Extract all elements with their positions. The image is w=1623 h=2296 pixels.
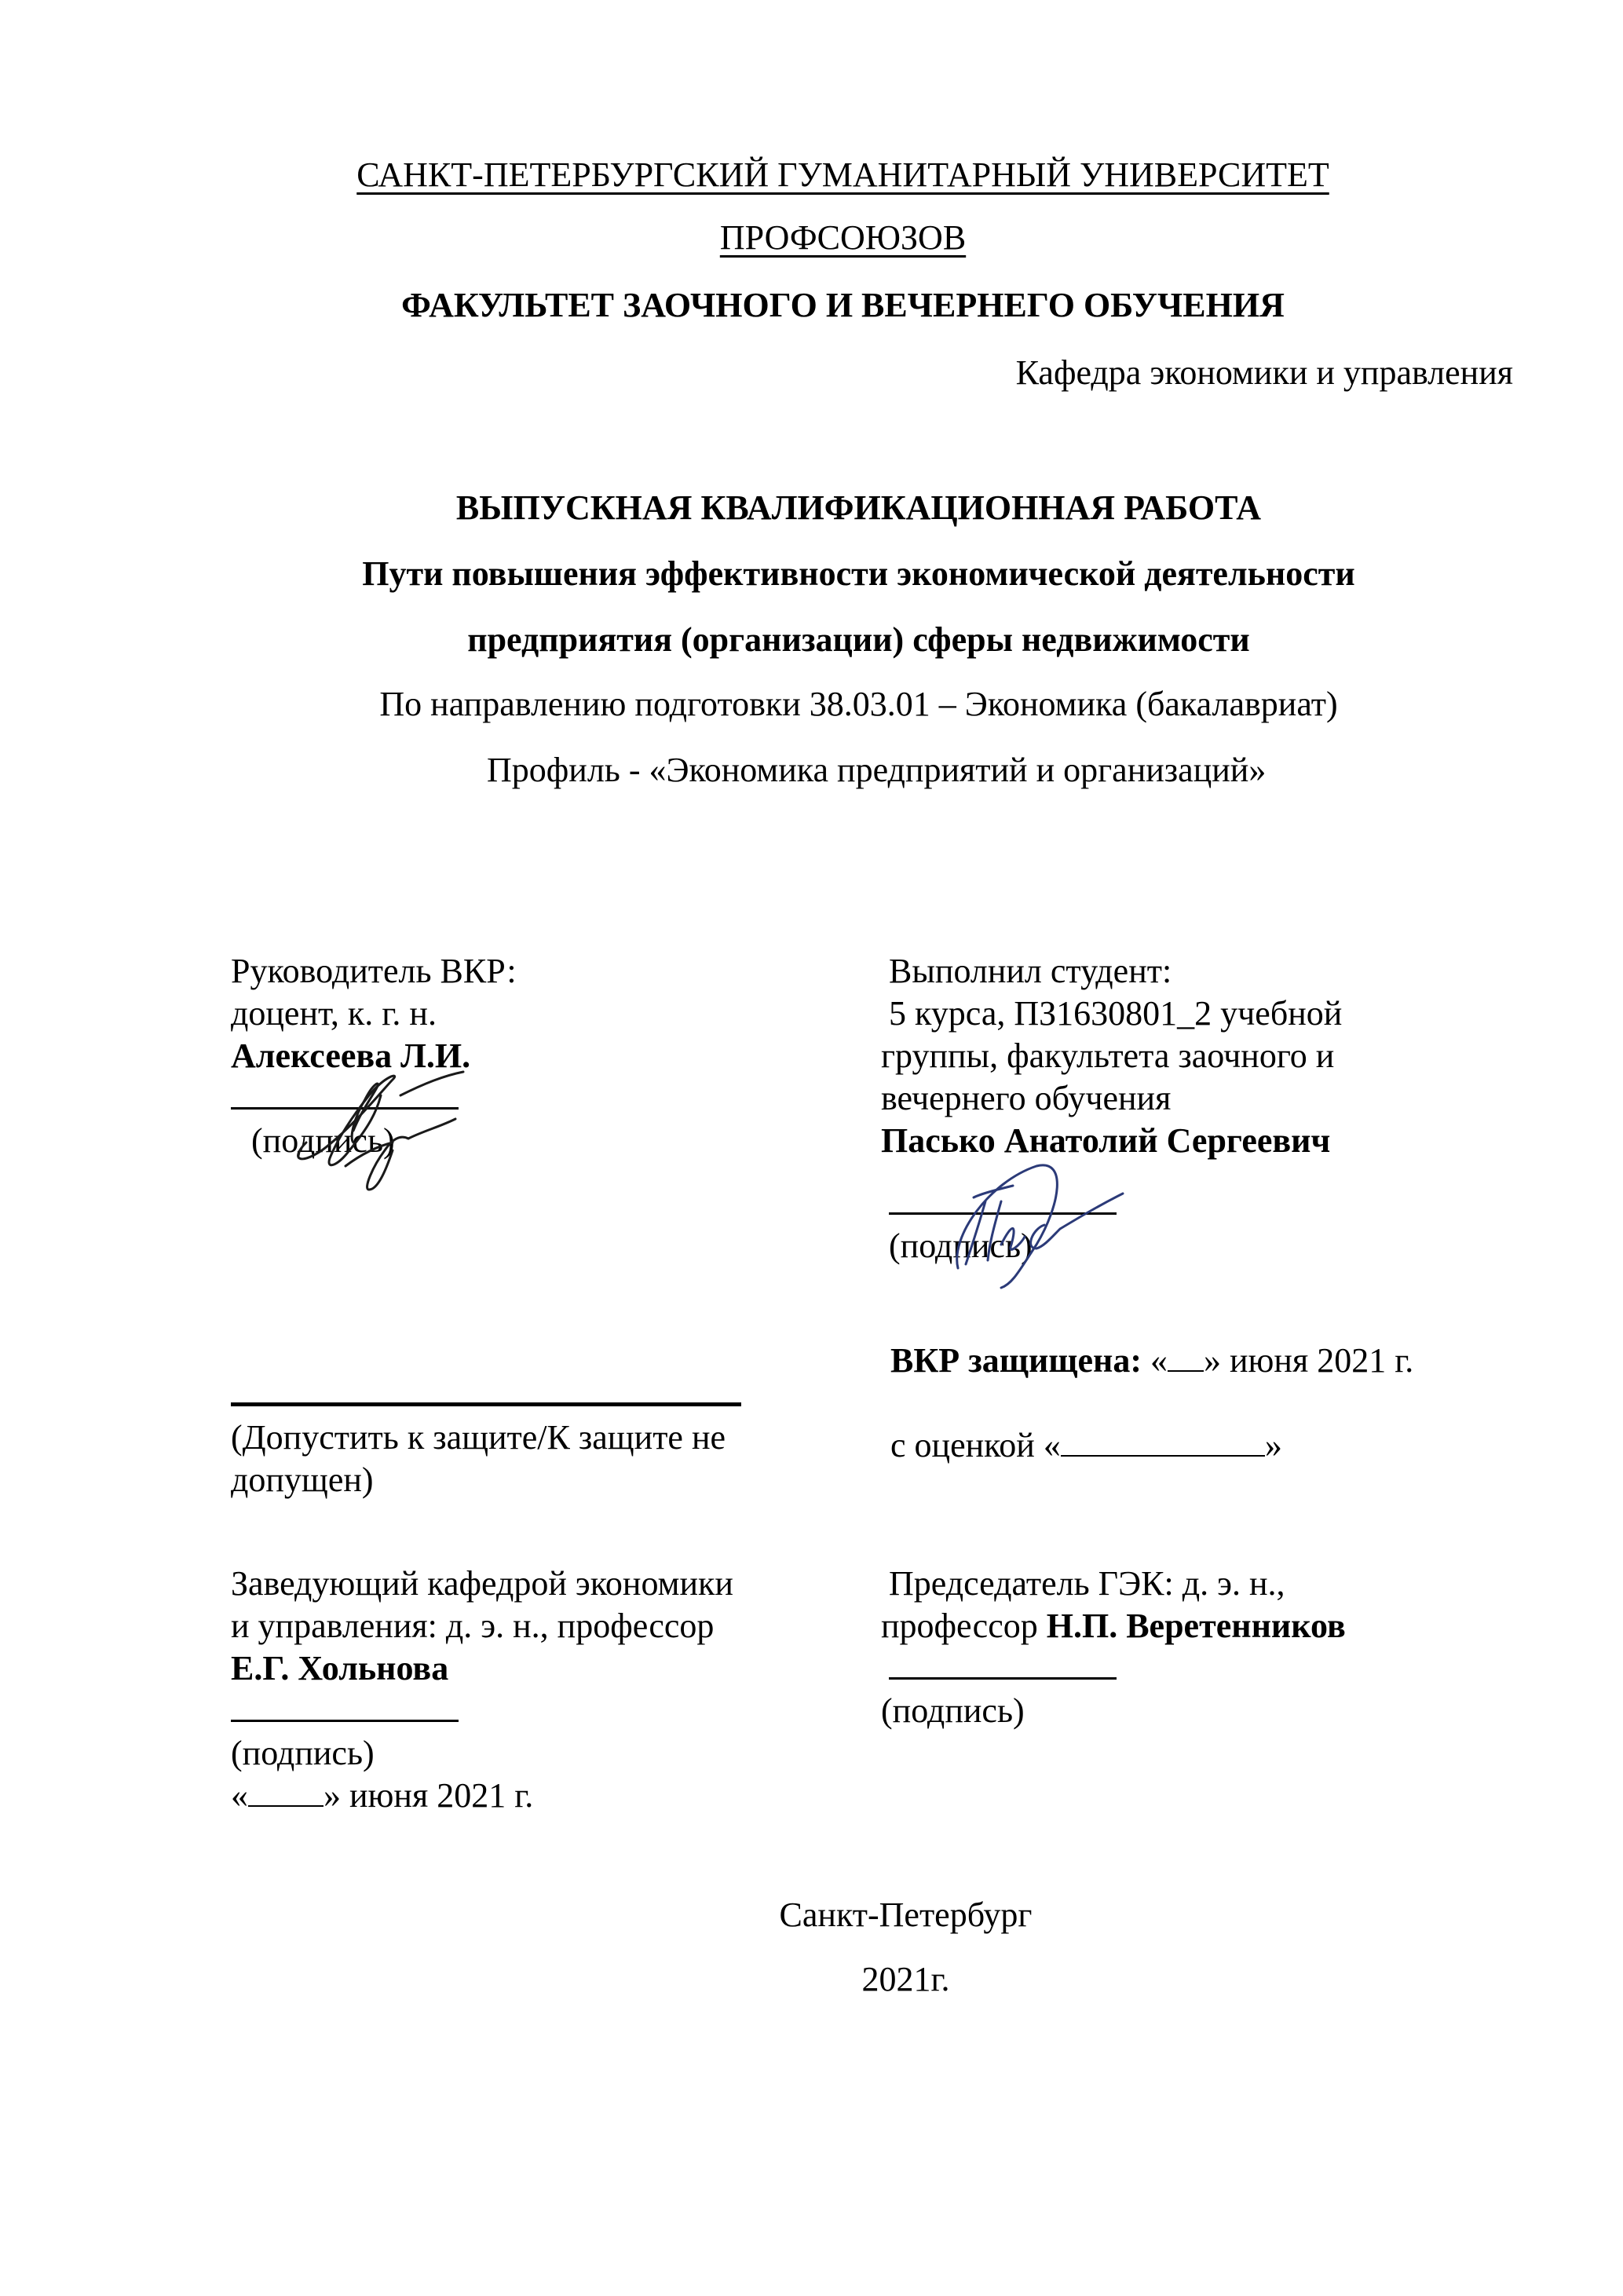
admission-line bbox=[231, 1374, 741, 1417]
commission-chair-block: Председатель ГЭК: д. э. н., профессор Н.… bbox=[881, 1563, 1346, 1732]
chair-title-line1: Председатель ГЭК: д. э. н., bbox=[881, 1563, 1346, 1605]
footer-year: 2021г. bbox=[0, 1958, 1623, 2001]
supervisor-label: Руководитель ВКР: bbox=[231, 950, 517, 993]
defense-date-open: « bbox=[1150, 1341, 1168, 1380]
head-name: Е.Г. Хольнова bbox=[231, 1647, 733, 1690]
university-name-line2: ПРОФСОЮЗОВ bbox=[0, 217, 1623, 259]
defense-date-close: » июня 2021 г. bbox=[1204, 1341, 1413, 1380]
supervisor-degree: доцент, к. г. н. bbox=[231, 993, 517, 1035]
head-title-line1: Заведующий кафедрой экономики bbox=[231, 1563, 733, 1605]
head-day-blank bbox=[248, 1805, 324, 1807]
admission-caption-line1: (Допустить к защите/К защите не bbox=[231, 1417, 741, 1459]
defense-grade: с оценкой «» bbox=[890, 1424, 1413, 1467]
university-name-line2-text: ПРОФСОЮЗОВ bbox=[720, 218, 966, 257]
work-type-heading: ВЫПУСКНАЯ КВАЛИФИКАЦИОННАЯ РАБОТА bbox=[0, 487, 1623, 529]
defense-grade-label: с оценкой « bbox=[890, 1426, 1061, 1464]
student-name: Пасько Анатолий Сергеевич bbox=[881, 1120, 1342, 1162]
head-date-close: » июня 2021 г. bbox=[324, 1776, 533, 1815]
student-signature-icon bbox=[927, 1158, 1131, 1292]
admission-caption-line2: допущен) bbox=[231, 1459, 741, 1501]
department-name: Кафедра экономики и управления bbox=[1016, 352, 1513, 394]
topic-line1: Пути повышения эффективности экономическ… bbox=[0, 553, 1623, 595]
head-date-open: « bbox=[231, 1776, 248, 1815]
footer-city: Санкт-Петербург bbox=[0, 1894, 1623, 1936]
supervisor-signature-icon bbox=[275, 1064, 479, 1197]
study-direction: По направлению подготовки 38.03.01 – Эко… bbox=[0, 683, 1623, 726]
chair-title-line2: профессор Н.П. Веретенников bbox=[881, 1605, 1346, 1647]
defense-grade-close: » bbox=[1265, 1426, 1282, 1464]
student-group-faculty: группы, факультета заочного и bbox=[881, 1035, 1342, 1077]
head-date: «» июня 2021 г. bbox=[231, 1775, 733, 1817]
student-label: Выполнил студент: bbox=[881, 950, 1342, 993]
head-of-department-block: Заведующий кафедрой экономики и управлен… bbox=[231, 1563, 733, 1817]
study-profile: Профиль - «Экономика предприятий и орган… bbox=[487, 749, 1266, 792]
defense-block: ВКР защищена: «» июня 2021 г. с оценкой … bbox=[890, 1340, 1413, 1467]
chair-name: Н.П. Веретенников bbox=[1047, 1607, 1346, 1645]
university-name-line1: САНКТ-ПЕТЕРБУРГСКИЙ ГУМАНИТАРНЫЙ УНИВЕРС… bbox=[0, 154, 1623, 196]
defense-grade-blank bbox=[1061, 1455, 1265, 1457]
chair-signature-caption: (подпись) bbox=[881, 1690, 1346, 1732]
student-course-group: 5 курса, ПЗ1630801_2 учебной bbox=[881, 993, 1342, 1035]
head-title-line2: и управления: д. э. н., профессор bbox=[231, 1605, 733, 1647]
university-name-line1-text: САНКТ-ПЕТЕРБУРГСКИЙ ГУМАНИТАРНЫЙ УНИВЕРС… bbox=[356, 155, 1329, 194]
student-education-form: вечернего обучения bbox=[881, 1077, 1342, 1120]
head-signature-caption: (подпись) bbox=[231, 1732, 733, 1775]
head-signature-line bbox=[231, 1690, 733, 1732]
admission-block: (Допустить к защите/К защите не допущен) bbox=[231, 1374, 741, 1501]
defense-date: ВКР защищена: «» июня 2021 г. bbox=[890, 1340, 1413, 1382]
topic-line2: предприятия (организации) сферы недвижим… bbox=[0, 619, 1623, 661]
faculty-name: ФАКУЛЬТЕТ ЗАОЧНОГО И ВЕЧЕРНЕГО ОБУЧЕНИЯ bbox=[0, 284, 1623, 327]
defense-label: ВКР защищена: bbox=[890, 1341, 1142, 1380]
chair-signature-line bbox=[881, 1647, 1346, 1690]
chair-title-prefix: профессор bbox=[881, 1607, 1047, 1645]
defense-day-blank bbox=[1168, 1370, 1204, 1372]
